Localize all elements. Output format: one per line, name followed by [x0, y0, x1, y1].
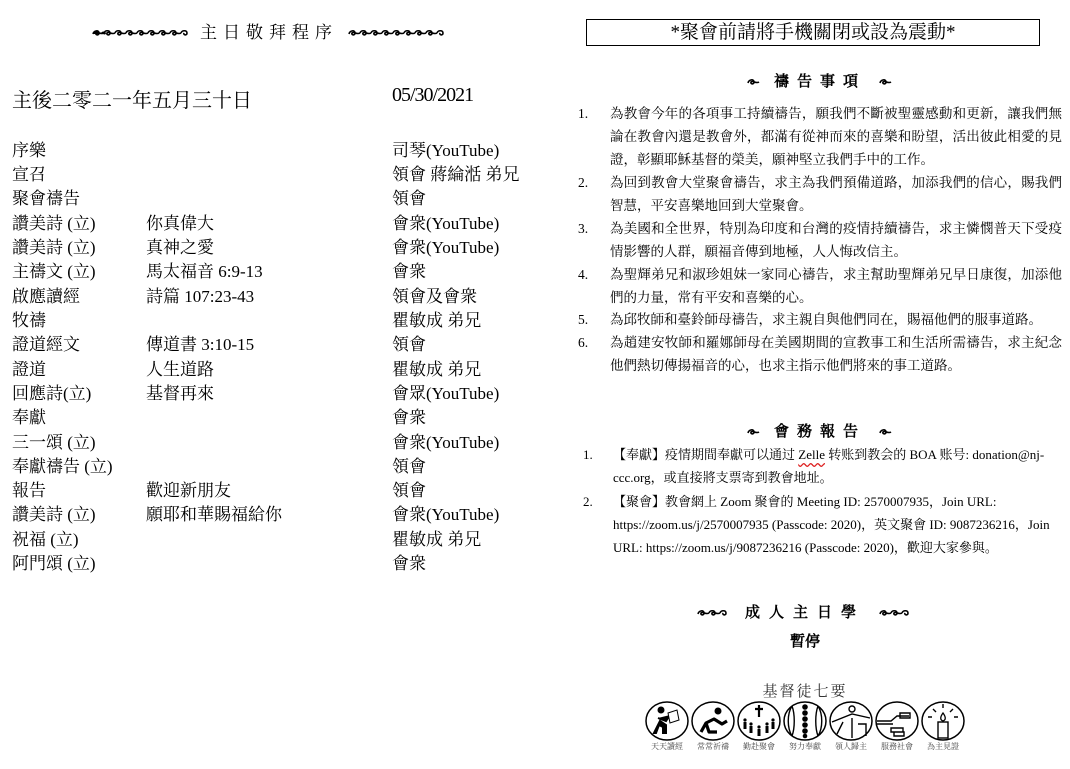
- title-text: 主日敬拜程序: [190, 23, 348, 43]
- seven-essentials-icons: [644, 700, 968, 742]
- announcements-heading-text: 會務報告: [774, 422, 866, 440]
- text-part: 【奉獻】疫情期間奉獻可以通过: [613, 447, 798, 462]
- program-item: 奉獻: [12, 403, 46, 428]
- scroll-ornament-icon: [697, 609, 731, 617]
- program-content: 人生道路: [146, 355, 214, 380]
- item-text: 為邱牧師和臺鈴師母禱告，求主親自與他們同在，賜福他們的服事道路。: [610, 308, 1062, 331]
- scroll-ornament-icon: [747, 78, 761, 86]
- program-by: 會衆(YouTube): [392, 233, 499, 258]
- program-content: 基督再來: [146, 379, 214, 404]
- item-text: 【奉獻】疫情期間奉獻可以通过 Zelle 转账到教会的 BOA 账号: dona…: [613, 443, 1063, 489]
- date-chinese: 主後二零二一年五月三十日: [12, 84, 252, 113]
- sunday-school-heading: 成人主日學: [680, 601, 930, 622]
- program-by: 領會: [392, 476, 426, 501]
- item-text: 為美國和全世界，特別為印度和台灣的疫情持續禱告，求主憐憫普天下受疫情影響的人群，…: [610, 217, 1062, 263]
- essential-label: 領人歸主: [828, 741, 874, 752]
- candle-witness-icon: [920, 700, 966, 742]
- sunday-school-heading-text: 成人主日學: [745, 603, 865, 621]
- spellcheck-flagged-word: Zelle: [798, 447, 825, 462]
- scroll-ornament-icon: [747, 428, 761, 436]
- program-by: 領會: [392, 452, 426, 477]
- seven-essentials-title: 基督徒七要: [740, 680, 870, 701]
- program-by: 會衆: [392, 549, 426, 574]
- program-item: 讚美詩 (立): [12, 233, 96, 258]
- program-by: 會衆(YouTube): [392, 500, 499, 525]
- serving-hands-icon: [874, 700, 920, 742]
- program-item: 讚美詩 (立): [12, 500, 96, 525]
- item-number: 6.: [578, 331, 588, 354]
- essential-label: 服務社會: [874, 741, 920, 752]
- program-item: 證道經文: [12, 330, 80, 355]
- scroll-ornament-icon: [879, 78, 893, 86]
- phone-notice-text: *聚會前請將手機關閉或設為震動*: [670, 22, 955, 43]
- item-number: 1.: [583, 443, 593, 466]
- program-item: 讚美詩 (立): [12, 209, 96, 234]
- program-item: 三一頌 (立): [12, 428, 96, 453]
- program-by: 會衆: [392, 403, 426, 428]
- item-number: 5.: [578, 308, 588, 331]
- program-item: 聚會禱告: [12, 184, 80, 209]
- scroll-ornament-icon: [879, 609, 913, 617]
- essential-label: 天天讀經: [644, 741, 690, 752]
- program-item: 證道: [12, 355, 46, 380]
- program-by: 瞿敏成 弟兄: [392, 525, 481, 550]
- lead-to-lord-icon: [828, 700, 874, 742]
- essential-label: 為主見證: [920, 741, 966, 752]
- program-item: 奉獻禱告 (立): [12, 452, 113, 477]
- item-number: 1.: [578, 102, 588, 125]
- program-by: 領會: [392, 184, 426, 209]
- program-content: 你真偉大: [146, 209, 214, 234]
- program-item: 回應詩(立): [12, 379, 91, 404]
- item-text: 【聚會】教會網上 Zoom 聚會的 Meeting ID: 2570007935…: [613, 490, 1063, 559]
- item-text: 為回到教會大堂聚會禱告，求主為我們預備道路，加添我們的信心，賜我們智慧，平安喜樂…: [610, 171, 1062, 217]
- program-content: 真神之愛: [146, 233, 214, 258]
- program-by: 領會: [392, 330, 426, 355]
- program-content: 傳道書 3:10-15: [146, 330, 254, 355]
- item-text: 為趙建安牧師和羅娜師母在美國期間的宣教事工和生活所需禱告，求主紀念他們熱切傳揚福…: [610, 331, 1062, 377]
- phone-notice-box: *聚會前請將手機關閉或設為震動*: [586, 19, 1040, 46]
- item-text: 為聖輝弟兄和淑珍姐妹一家同心禱告，求主幫助聖輝弟兄早日康復，加添他們的力量，常有…: [610, 263, 1062, 309]
- item-text: 為教會今年的各項事工持續禱告，願我們不斷被聖靈感動和更新，讓我們無論在教會內還是…: [610, 102, 1062, 171]
- item-number: 3.: [578, 217, 588, 240]
- program-by: 司琴(YouTube): [392, 136, 499, 161]
- worship-program-title: 主日敬拜程序: [88, 18, 450, 43]
- program-by: 瞿敏成 弟兄: [392, 355, 481, 380]
- program-by: 會衆: [392, 257, 426, 282]
- program-content: 詩篇 107:23-43: [146, 282, 254, 307]
- fish-offering-icon: [782, 700, 828, 742]
- kneeling-prayer-icon: [690, 700, 736, 742]
- item-number: 2.: [583, 490, 593, 513]
- prayer-heading: 禱告事項: [690, 70, 950, 91]
- program-item: 序樂: [12, 136, 46, 161]
- essential-label: 勤赴聚會: [736, 741, 782, 752]
- program-item: 主禱文 (立): [12, 257, 96, 282]
- program-content: 願耶和華賜福給你: [146, 500, 282, 525]
- program-item: 阿門頌 (立): [12, 549, 96, 574]
- sunday-school-status: 暫停: [740, 630, 870, 651]
- program-content: 馬太福音 6:9-13: [146, 257, 263, 282]
- program-by: 會衆(YouTube): [392, 209, 499, 234]
- program-item: 牧禱: [12, 306, 46, 331]
- program-by: 領會 蔣綸湉 弟兄: [392, 160, 520, 185]
- church-gathering-icon: [736, 700, 782, 742]
- program-by: 領會及會衆: [392, 282, 477, 307]
- item-number: 4.: [578, 263, 588, 286]
- item-number: 2.: [578, 171, 588, 194]
- program-item: 啟應讀經: [12, 282, 80, 307]
- program-item: 宣召: [12, 160, 46, 185]
- essential-label: 常常祈禱: [690, 741, 736, 752]
- program-content: 歡迎新朋友: [146, 476, 231, 501]
- essential-label: 努力奉獻: [782, 741, 828, 752]
- program-by: 會衆(YouTube): [392, 428, 499, 453]
- announcements-heading: 會務報告: [690, 420, 950, 441]
- program-item: 報告: [12, 476, 46, 501]
- program-item: 祝福 (立): [12, 525, 79, 550]
- date-numeric: 05/30/2021: [392, 84, 473, 107]
- seven-essentials-labels: 天天讀經 常常祈禱 勤赴聚會 努力奉獻 領人歸主 服務社會 為主見證: [644, 741, 968, 752]
- prayer-heading-text: 禱告事項: [774, 72, 866, 90]
- program-by: 會眾(YouTube): [392, 379, 499, 404]
- scroll-ornament-icon: [879, 428, 893, 436]
- scroll-ornament-icon: [92, 29, 190, 37]
- program-by: 瞿敏成 弟兄: [392, 306, 481, 331]
- scroll-ornament-icon: [348, 29, 446, 37]
- reading-bible-icon: [644, 700, 690, 742]
